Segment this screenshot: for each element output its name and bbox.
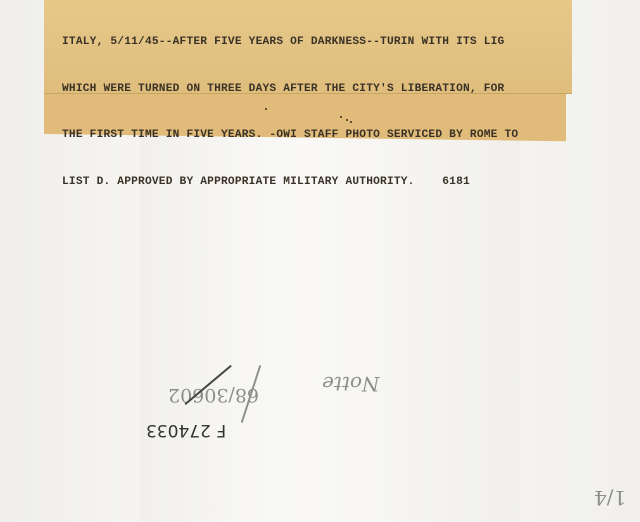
caption-line-4: LIST D. APPROVED BY APPROPRIATE MILITARY… xyxy=(62,175,572,191)
paper-speck xyxy=(340,116,342,118)
handwritten-index-number: F 274033 xyxy=(146,420,226,440)
typed-caption: ITALY, 5/11/45--AFTER FIVE YEARS OF DARK… xyxy=(62,4,572,206)
paper-speck xyxy=(350,121,352,123)
handwritten-word: Notte xyxy=(322,372,379,396)
handwritten-file-ref: 68/30602 xyxy=(168,384,259,406)
caption-line-2: WHICH WERE TURNED ON THREE DAYS AFTER TH… xyxy=(62,82,572,98)
caption-line-3: THE FIRST TIME IN FIVE YEARS. -OWI STAFF… xyxy=(62,128,572,144)
paper-speck xyxy=(346,119,348,121)
paper-speck xyxy=(265,108,267,110)
handwritten-corner-mark: 1/4 xyxy=(594,486,626,510)
caption-line-1: ITALY, 5/11/45--AFTER FIVE YEARS OF DARK… xyxy=(62,35,572,51)
